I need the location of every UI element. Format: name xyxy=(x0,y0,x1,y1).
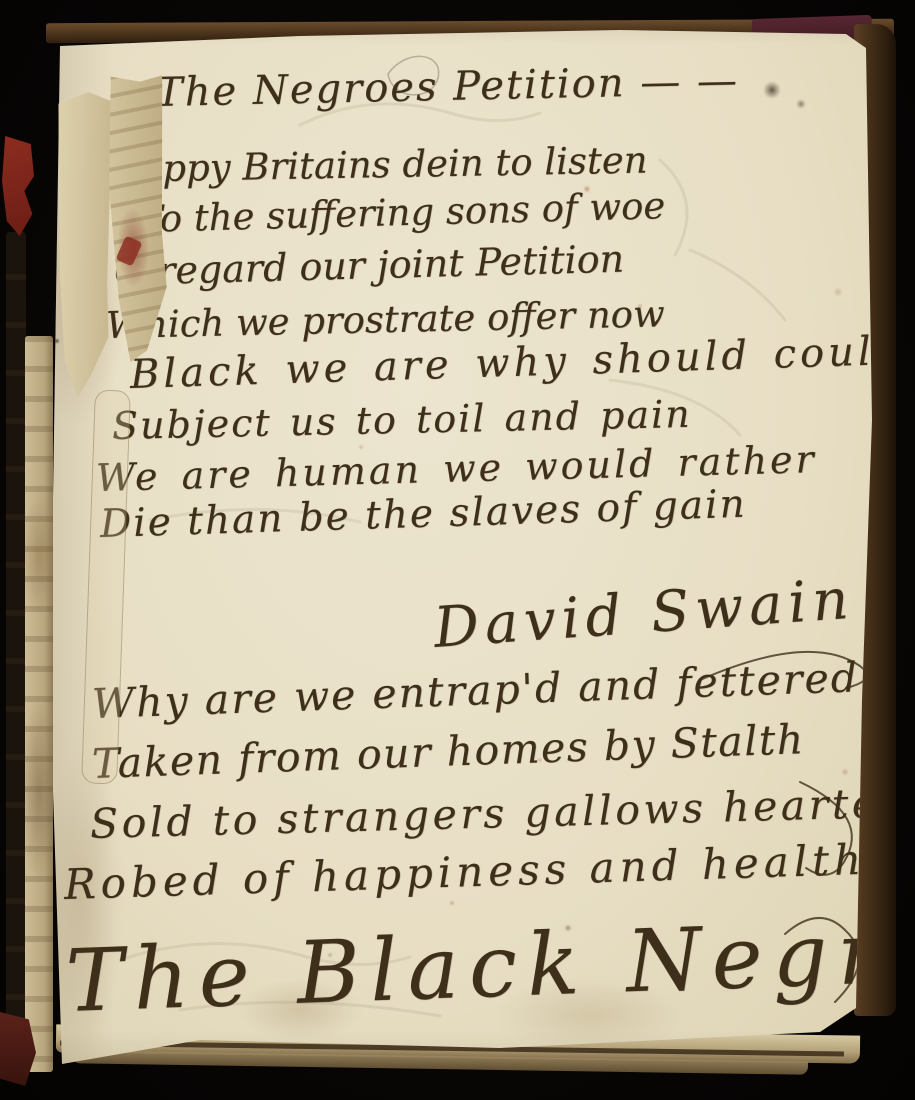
poem-line: To the suffering sons of woe xyxy=(137,184,665,241)
author-signature: David Swain xyxy=(432,567,857,661)
poem-line: Robed of happiness and health xyxy=(63,835,867,909)
ghost-stroke xyxy=(690,250,785,320)
poem-line: Subject us to toil and pain xyxy=(112,392,692,448)
poem-title: The Negroes Petition — — xyxy=(156,58,740,116)
spine-strip xyxy=(6,232,26,1078)
poem-line: Happy Britains dein to listen xyxy=(108,139,648,191)
closing-title: The Black Negro xyxy=(64,901,915,1032)
poem-line: Taken from our homes by Stalth xyxy=(91,715,805,788)
poem-line: O regard our joint Petition xyxy=(113,237,624,294)
binding-paper-stub xyxy=(25,336,53,1072)
red-leather-fragment xyxy=(2,136,34,236)
manuscript-photo: The Negroes Petition — — Happy Britains … xyxy=(0,0,915,1100)
